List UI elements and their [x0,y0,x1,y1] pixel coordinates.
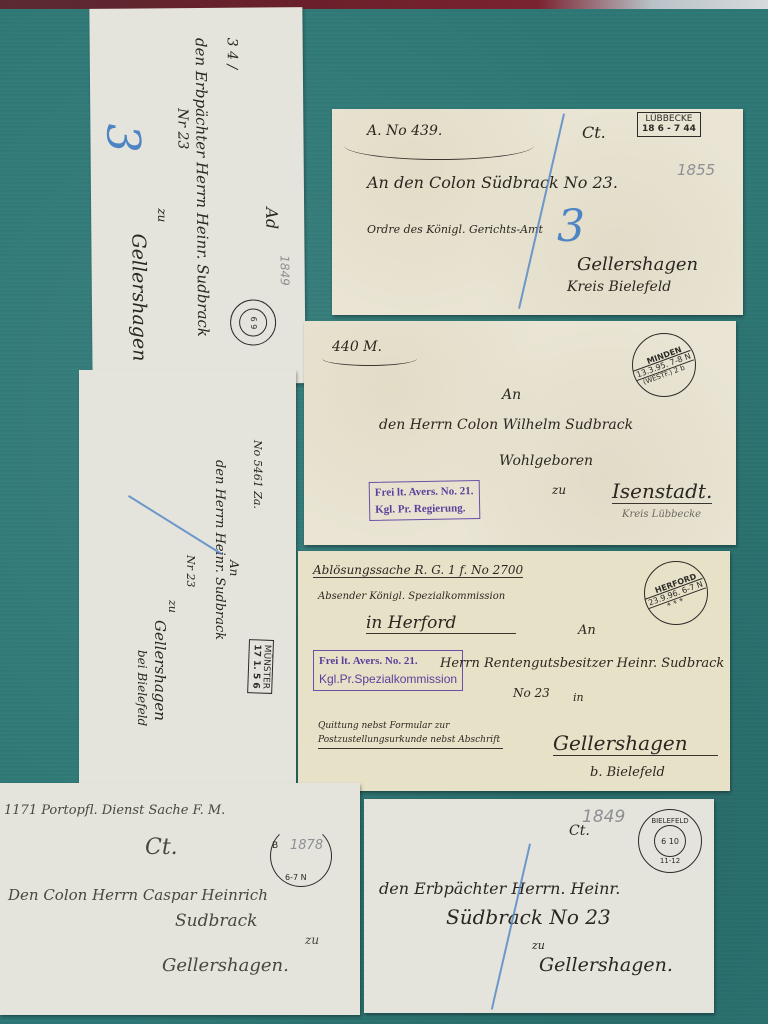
marking-ad: Ad [262,207,281,229]
envelope-muenster: No 5461 Za. An den Herrn Heinr. Sudbrack… [79,370,296,784]
flourish [344,131,534,160]
postmark-bielefeld: BIELEFELD 6 10 11-12 [638,809,702,873]
envelope-luebbecke: A. No 439. Ct. LÜBBECKE 18 6 - 7 44 1855… [332,109,743,315]
envelope-herford: Ablösungssache R. G. 1 f. No 2700 Absend… [298,551,730,791]
address-line-4: Kreis Bielefeld [567,279,671,295]
ct-marking: Ct. [145,835,178,860]
reference-number: No 5461 Za. [251,440,264,509]
postmark-time: 6-7 N [285,873,307,882]
postmark-bielefeld: 6 9 [230,299,276,345]
envelope-top-left: 3 4 / den Erbpächter Herrn Heinr. Sudbra… [89,7,305,385]
enclosure-note: Quittung nebst Formular zur Postzustellu… [318,719,503,749]
envelope-bielefeld: 1849 Ct. BIELEFELD 6 10 11-12 den Erbpäc… [364,799,714,1013]
address-line-1: den Erbpächter Herrn Heinr. Sudbrack [192,38,213,337]
ct-marking: Ct. [582,123,606,142]
address-line-1: Den Colon Herrn Caspar Heinrich [8,886,268,904]
envelope-bottom-left: 1171 Portopfl. Dienst Sache F. M. Ct. 18… [0,783,360,1015]
address-line-3: zu [532,939,545,952]
violet-franchise-stamp: Frei lt. Avers. No. 21. Kgl. Pr. Regieru… [369,480,480,521]
address-line-1: den Erbpächter Herrn. Heinr. [379,879,620,898]
address-line-4: Gellershagen [151,620,169,721]
address-line-2: No 23 [513,686,550,700]
address-line-3: zu [155,208,169,222]
blue-crayon-line [128,495,222,555]
flourish [322,351,417,366]
salutation: An [227,560,241,576]
pencil-note: 1849 [278,255,292,286]
address-line-1: An den Colon Südbrack No 23. [367,173,618,192]
case-reference: Ablösungssache R. G. 1 f. No 2700 [313,563,523,578]
address-line-3: zu [305,933,319,947]
address-line-2: Ordre des Königl. Gerichts-Amt [367,223,543,236]
background-strip [0,0,768,9]
address-line-4: Gellershagen. [162,955,289,976]
address-line-2: Südbrack No 23 [446,905,611,929]
address-line-5: b. Bielefeld [590,765,665,780]
address-line-5: Kreis Lübbecke [622,509,701,520]
header-line: 1171 Portopfl. Dienst Sache F. M. [4,803,225,818]
address-line-3: zu [166,600,179,613]
sender-line: Absender Königl. Spezialkommission [318,591,505,602]
postmark-herford: HERFORD 23.9.96. 6-7 N * * * [644,561,708,625]
address-line-2: Sudbrack [175,911,257,931]
salutation: An [502,387,521,403]
postmark-muenster: MÜNSTER 17 1. 5 6 [247,639,274,694]
postmark-luebbecke: LÜBBECKE 18 6 - 7 44 [637,112,701,137]
address-line-4: Gellershagen [553,731,718,756]
address-line-4: Gellershagen [127,233,150,361]
sender-town: in Herford [366,613,516,634]
address-line-3: Gellershagen [577,254,698,275]
address-line-1: den Herrn Colon Wilhelm Sudbrack [379,417,633,433]
address-line-5: bei Bielefeld [135,650,149,726]
postmark-letter: B [272,841,278,851]
address-line-3: in [573,691,584,704]
address-line-4: Gellershagen. [539,954,673,976]
address-line-2: Nr 23 [174,108,190,149]
pencil-note: 1855 [677,161,715,179]
postmark-minden: MINDEN 13.3.95. 7-8 N (WESTF.) 2 b [632,333,696,397]
envelope-minden: 440 M. MINDEN 13.3.95. 7-8 N (WESTF.) 2 … [304,321,736,545]
address-line-4: Isenstadt. [612,479,712,504]
ct-marking: Ct. [569,823,590,839]
address-line-1: Herrn Rentengutsbesitzer Heinr. Sudbrack [440,656,724,671]
salutation: An [578,623,596,638]
address-line-2: Wohlgeboren [499,453,593,469]
address-line-3: zu [552,483,566,497]
address-line-2: Nr 23 [184,555,197,587]
blue-marking: 3 [557,201,585,252]
blue-marking: 3 [96,123,150,153]
note-top: 3 4 / [224,38,240,70]
